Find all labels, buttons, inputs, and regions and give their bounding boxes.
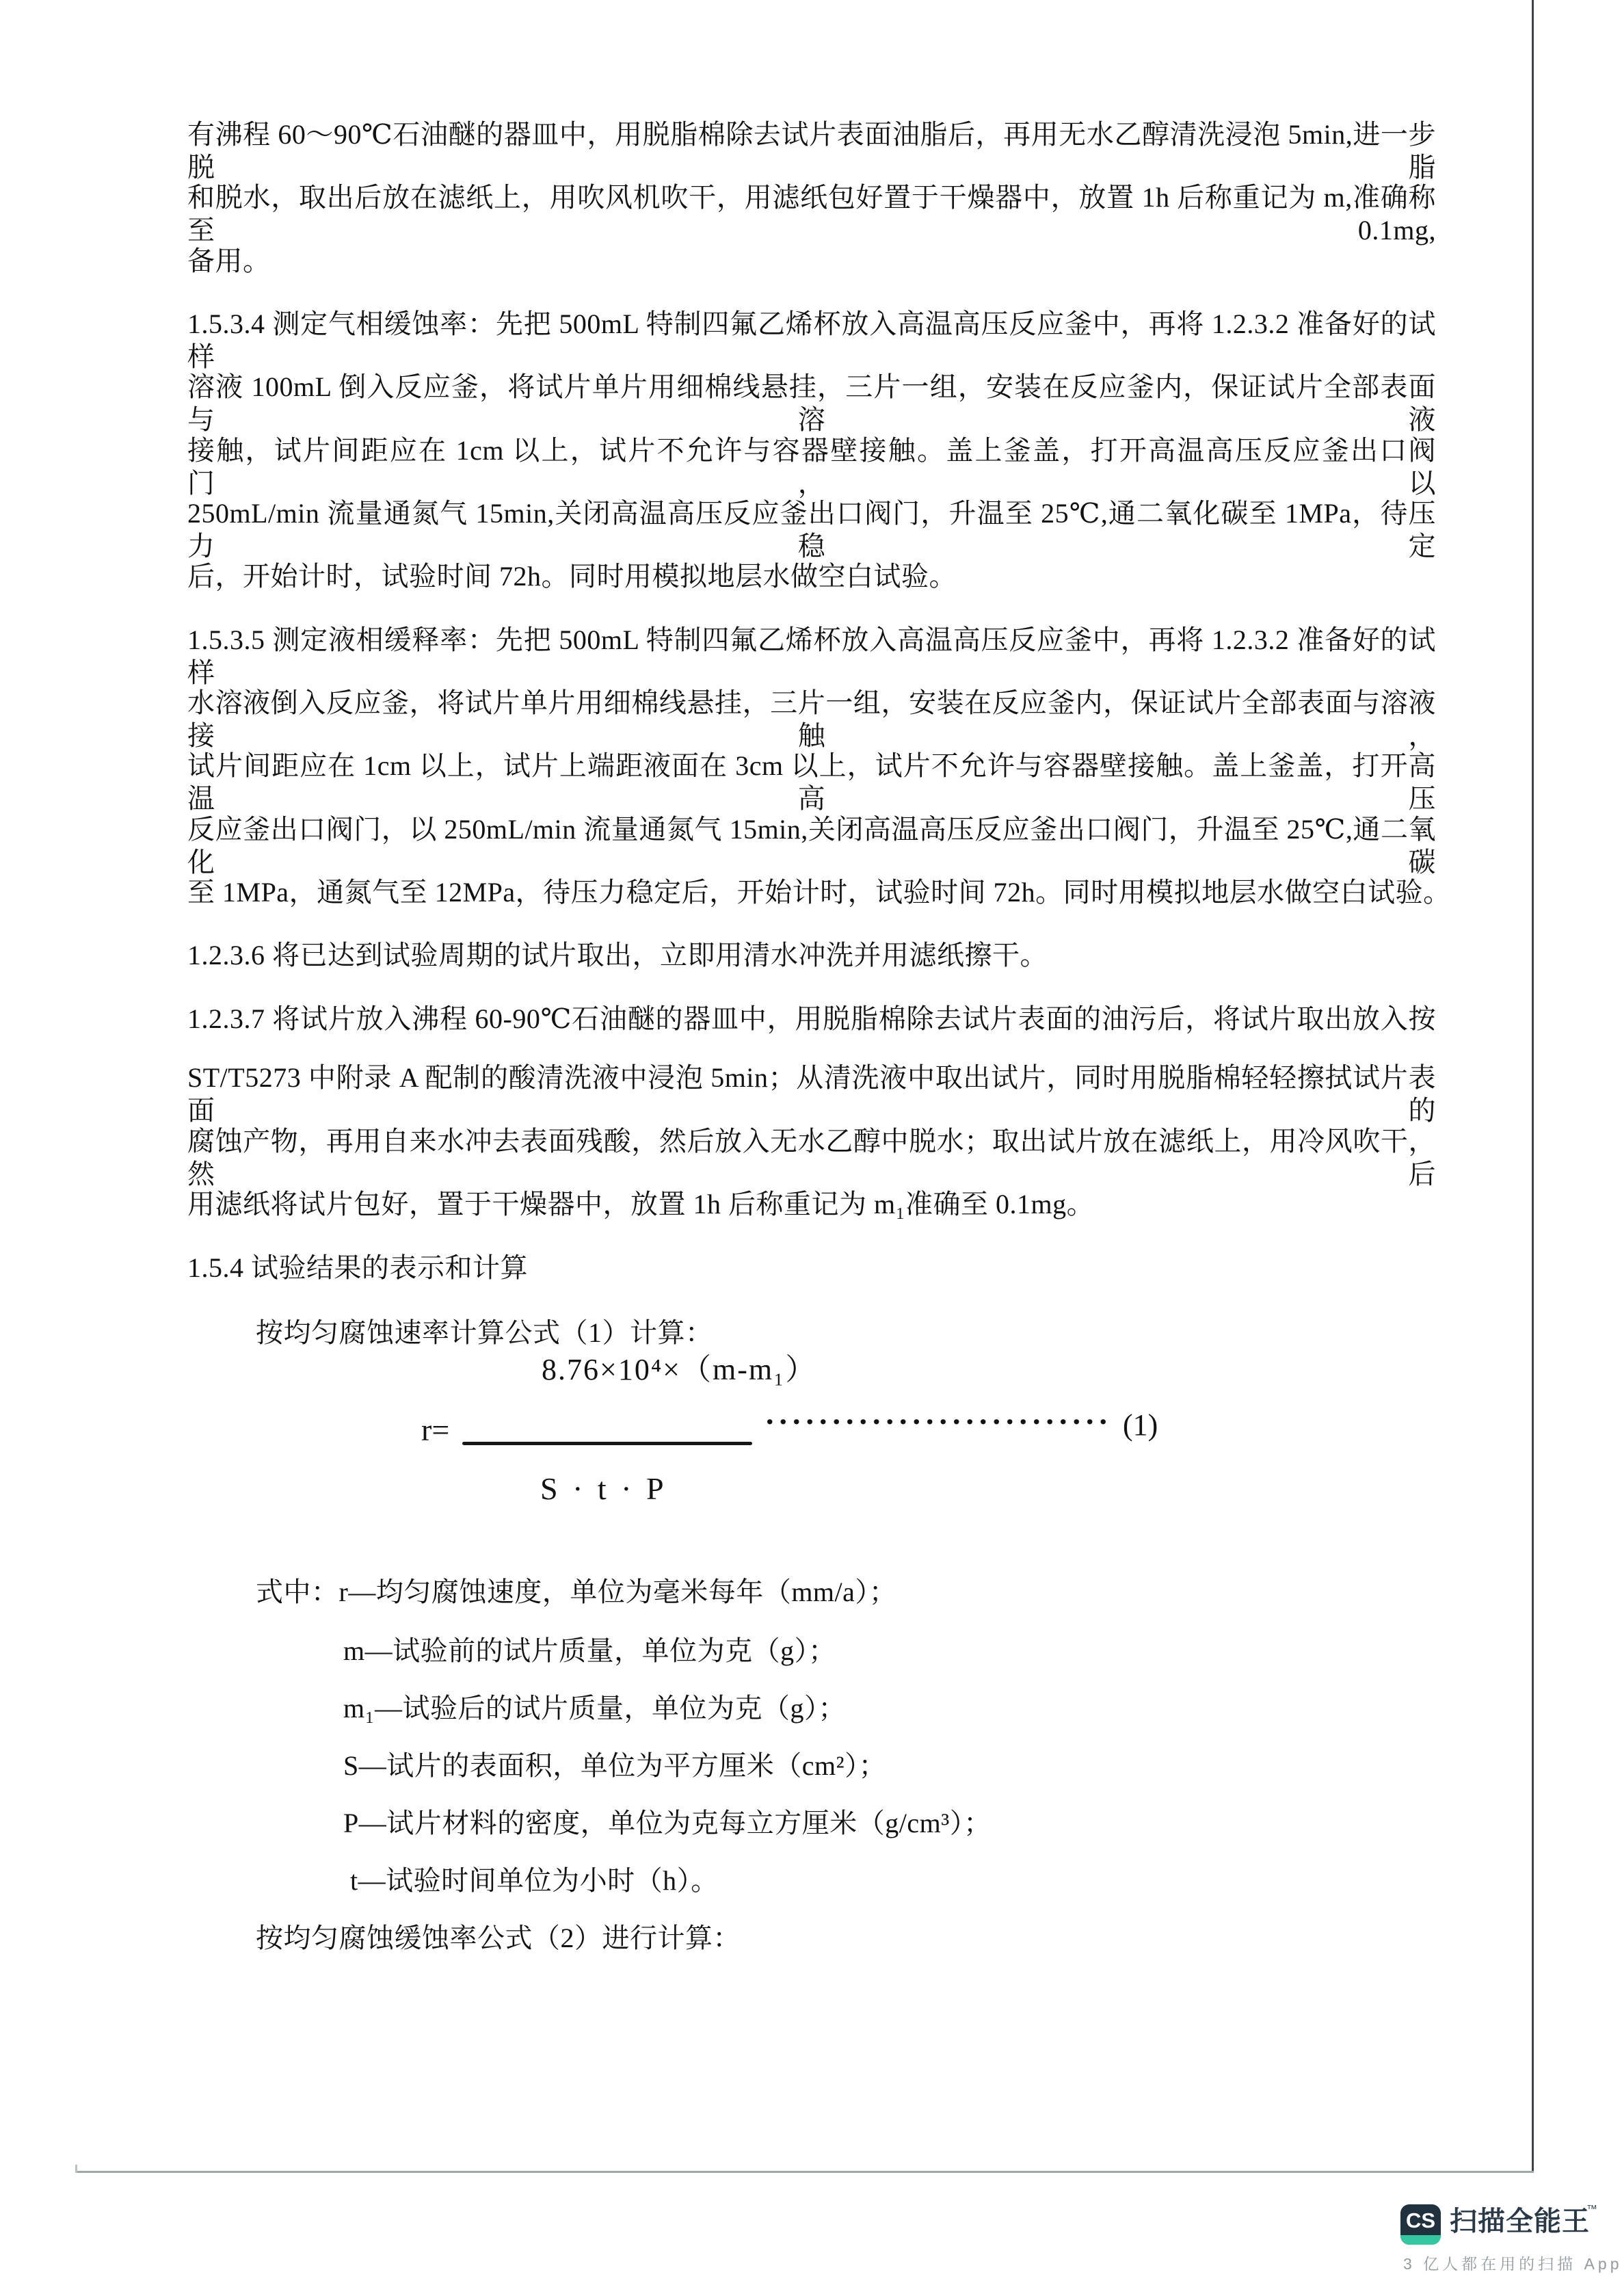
formula-1-intro-line: 按均匀腐蚀速率计算公式（1）计算： — [256, 1317, 1436, 1349]
scanned-document-page: 有沸程 60～90℃石油醚的器皿中，用脱脂棉除去试片表面油脂后，再用无水乙醇清洗… — [0, 0, 1622, 2296]
page-bottom-edge — [77, 2171, 1534, 2173]
fraction-bar — [462, 1442, 752, 1445]
para-line: 试片间距应在 1cm 以上，试片上端距液面在 3cm 以上，试片不允许与容器壁接… — [187, 750, 1436, 815]
definition-P: P—试片材料的密度，单位为克每立方厘米（g/cm³）； — [343, 1807, 992, 1840]
para-line: 备用。 — [187, 245, 1436, 278]
para-line: 250mL/min 流量通氮气 15min,关闭高温高压反应釜出口阀门，升温至 … — [187, 497, 1436, 563]
formula-denominator: S · t · P — [540, 1470, 667, 1507]
camscanner-icon: CS — [1400, 2204, 1441, 2245]
para-line: 有沸程 60～90℃石油醚的器皿中，用脱脂棉除去试片表面油脂后，再用无水乙醇清洗… — [187, 118, 1436, 184]
section-1-2-3-7-line: 1.2.3.7 将试片放入沸程 60-90℃石油醚的器皿中，用脱脂棉除去试片表面… — [187, 1003, 1436, 1035]
camscanner-icon-letters: CS — [1400, 2205, 1441, 2236]
page-corner-tick — [75, 2165, 77, 2173]
para-line: 接触，试片间距应在 1cm 以上，试片不允许与容器壁接触。盖上釜盖，打开高温高压… — [187, 434, 1436, 500]
para-line: ST/T5273 中附录 A 配制的酸清洗液中浸泡 5min；从清洗液中取出试片… — [187, 1061, 1436, 1127]
definition-m: m—试验前的试片质量，单位为克（g）； — [343, 1635, 836, 1667]
para-line: 反应釜出口阀门，以 250mL/min 流量通氮气 15min,关闭高温高压反应… — [187, 813, 1436, 879]
formula-dot-leader: .......................... — [766, 1395, 1113, 1431]
formula-2-intro-line: 按均匀腐蚀缓蚀率公式（2）进行计算： — [256, 1922, 741, 1955]
formula-lhs: r= — [421, 1412, 449, 1448]
camscanner-wordmark: 扫描全能王 — [1450, 2206, 1590, 2236]
definition-m1: m₁—试验后的试片质量，单位为克（g）； — [343, 1692, 846, 1725]
trademark-symbol: ™ — [1586, 2204, 1597, 2216]
para-line: 水溶液倒入反应釜，将试片单片用细棉线悬挂，三片一组，安装在反应釜内，保证试片全部… — [187, 687, 1436, 752]
section-1-2-3-6-line: 1.2.3.6 将已达到试验周期的试片取出，立即用清水冲洗并用滤纸擦干。 — [187, 939, 1436, 972]
para-line: 后，开始计时，试验时间 72h。同时用模拟地层水做空白试验。 — [187, 560, 1436, 593]
camscanner-tagline: 3 亿人都在用的扫描 App — [1403, 2252, 1622, 2274]
section-heading-1-5-4: 1.5.4 试验结果的表示和计算 — [187, 1252, 1436, 1284]
equation-number: (1) — [1123, 1408, 1158, 1442]
section-1-5-3-4-line: 1.5.3.4 测定气相缓蚀率：先把 500mL 特制四氟乙烯杯放入高温高压反应… — [187, 308, 1436, 373]
camscanner-icon-strip — [1400, 2235, 1441, 2245]
formula-numerator: 8.76×10⁴×（m-m₁） — [542, 1345, 816, 1388]
definition-t: t—试验时间单位为小时（h）。 — [350, 1864, 719, 1897]
definition-S: S—试片的表面积，单位为平方厘米（cm²）； — [343, 1750, 886, 1782]
para-line: 腐蚀产物，再用自来水冲去表面残酸，然后放入无水乙醇中脱水；取出试片放在滤纸上，用… — [187, 1125, 1436, 1191]
para-line: 和脱水，取出后放在滤纸上，用吹风机吹干，用滤纸包好置于干燥器中，放置 1h 后称… — [187, 181, 1436, 247]
definition-r: 式中：r—均匀腐蚀速度，单位为毫米每年（mm/a）； — [256, 1576, 896, 1609]
section-1-5-3-5-line: 1.5.3.5 测定液相缓释率：先把 500mL 特制四氟乙烯杯放入高温高压反应… — [187, 624, 1436, 689]
para-line: 至 1MPa，通氮气至 12MPa，待压力稳定后，开始计时，试验时间 72h。同… — [187, 876, 1436, 909]
para-line: 溶液 100mL 倒入反应釜，将试片单片用细棉线悬挂，三片一组，安装在反应釜内，… — [187, 371, 1436, 436]
para-line: 用滤纸将试片包好，置于干燥器中，放置 1h 后称重记为 m₁准确至 0.1mg。 — [187, 1188, 1436, 1221]
page-right-edge — [1532, 0, 1534, 2173]
